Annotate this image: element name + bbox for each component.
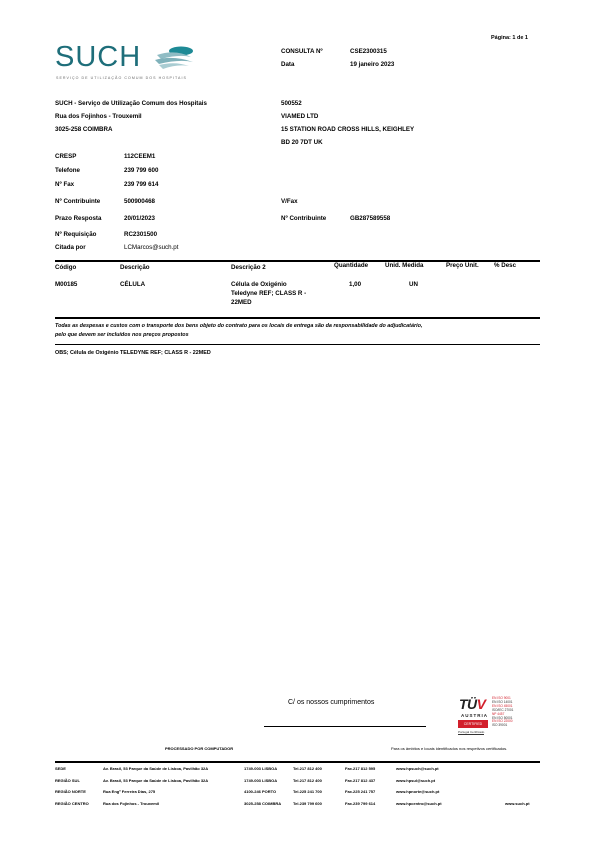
tuv-country: AUSTRIA <box>461 713 488 718</box>
row-codigo: M00185 <box>55 281 77 289</box>
cresp-value: 112CEEM1 <box>124 153 155 161</box>
col-descricao-2: Descrição 2 <box>231 264 266 272</box>
row-descricao2-line2: Teledyne REF; CLASS R - <box>231 290 306 298</box>
office-email-link[interactable]: www.hpsul@such.pt <box>396 778 435 783</box>
prazo-value: 20/01/2023 <box>124 215 155 223</box>
col-unidade: Unid. Medida <box>385 262 424 270</box>
row-descricao2-line3: 22MED <box>231 299 252 307</box>
citada-label: Citada por <box>55 244 86 252</box>
tuv-brand: TÜV <box>459 696 486 712</box>
supplier-nif-value: GB287589558 <box>350 215 390 223</box>
signature-line <box>264 726 426 727</box>
col-descricao: Descrição <box>120 264 150 272</box>
row-descricao2-line1: Célula de Oxigénio <box>231 281 287 289</box>
logo-tagline: SERVIÇO DE UTILIZAÇÃO COMUM DOS HOSPITAI… <box>56 76 187 80</box>
office-email-link[interactable]: www.hpnorte@such.pt <box>396 789 439 794</box>
office-email-link[interactable]: www.hpcentro@such.pt <box>396 801 442 806</box>
data-value: 19 janeiro 2023 <box>350 61 394 69</box>
table-bottom-rule <box>55 317 540 319</box>
tuv-sub: Portugal Certificado <box>458 730 484 735</box>
cresp-label: CRESP <box>55 153 76 161</box>
requisicao-value: RC2301500 <box>124 231 157 239</box>
col-preco: Preço Unit. <box>446 262 479 270</box>
telefone-value: 239 799 600 <box>124 167 158 175</box>
consulta-value: CSE2300315 <box>350 48 387 56</box>
fax-label: Nº Fax <box>55 181 74 189</box>
processed-note: PROCESSADO POR COMPUTADOR <box>165 746 233 751</box>
tuv-standards: EN ISO 9001 EN ISO 14001 EN ISO 45001 IS… <box>492 697 513 728</box>
notice-line-2: pelo que devem ser incluídos nos preços … <box>55 331 189 339</box>
fax-value: 239 799 614 <box>124 181 158 189</box>
row-quantidade: 1,00 <box>349 281 361 289</box>
website-link[interactable]: www.such.pt <box>505 801 530 806</box>
closing-text: C/ os nossos cumprimentos <box>288 699 374 706</box>
notice-rule <box>55 344 540 345</box>
supplier-nif-label: Nº Contribuinte <box>281 215 326 223</box>
issuer-address-2: 3025-258 COIMBRA <box>55 126 112 134</box>
obs-text: OBS; Célula de Oxigénio TELEDYNE REF; CL… <box>55 349 211 357</box>
cert-note: Para os âmbitos e locais identificados n… <box>391 746 507 751</box>
tuv-certified-badge: CERTIFIED <box>458 720 488 728</box>
logo-swirl-icon <box>151 45 197 71</box>
col-desconto: % Desc <box>494 262 516 270</box>
supplier-address-1: 15 STATION ROAD CROSS HILLS, KEIGHLEY <box>281 126 414 134</box>
col-codigo: Código <box>55 264 76 272</box>
row-descricao: CÉLULA <box>120 281 145 289</box>
issuer-address-1: Rua dos Fojinhos - Trouxemil <box>55 113 142 121</box>
supplier-code: 500552 <box>281 100 302 108</box>
contribuinte-value: 500900468 <box>124 198 155 206</box>
certification-badge: TÜV AUSTRIA CERTIFIED EN ISO 9001 EN ISO… <box>456 696 542 738</box>
consulta-label: CONSULTA Nº <box>281 48 323 56</box>
supplier-name: VIAMED LTD <box>281 113 318 121</box>
col-quantidade: Quantidade <box>334 262 368 270</box>
vfax-label: V/Fax <box>281 198 298 206</box>
telefone-label: Telefone <box>55 167 80 175</box>
footer-rule <box>55 761 540 763</box>
citada-value: LCMarcos@such.pt <box>124 244 178 252</box>
logo-wordmark: SUCH <box>55 42 141 72</box>
contribuinte-label: Nº Contribuinte <box>55 198 100 206</box>
requisicao-label: Nº Requisição <box>55 231 96 239</box>
issuer-name: SUCH - Serviço de Utilização Comum dos H… <box>55 100 207 108</box>
prazo-label: Prazo Resposta <box>55 215 101 223</box>
office-email-link[interactable]: www.hpsuch@such.pt <box>396 766 439 771</box>
notice-line-1: Todas as despesas e custos com o transpo… <box>55 322 422 330</box>
row-unidade: UN <box>409 281 418 289</box>
page-indicator: Página: 1 de 1 <box>491 34 528 42</box>
supplier-address-2: BD 20 7DT UK <box>281 139 323 147</box>
data-label: Data <box>281 61 294 69</box>
